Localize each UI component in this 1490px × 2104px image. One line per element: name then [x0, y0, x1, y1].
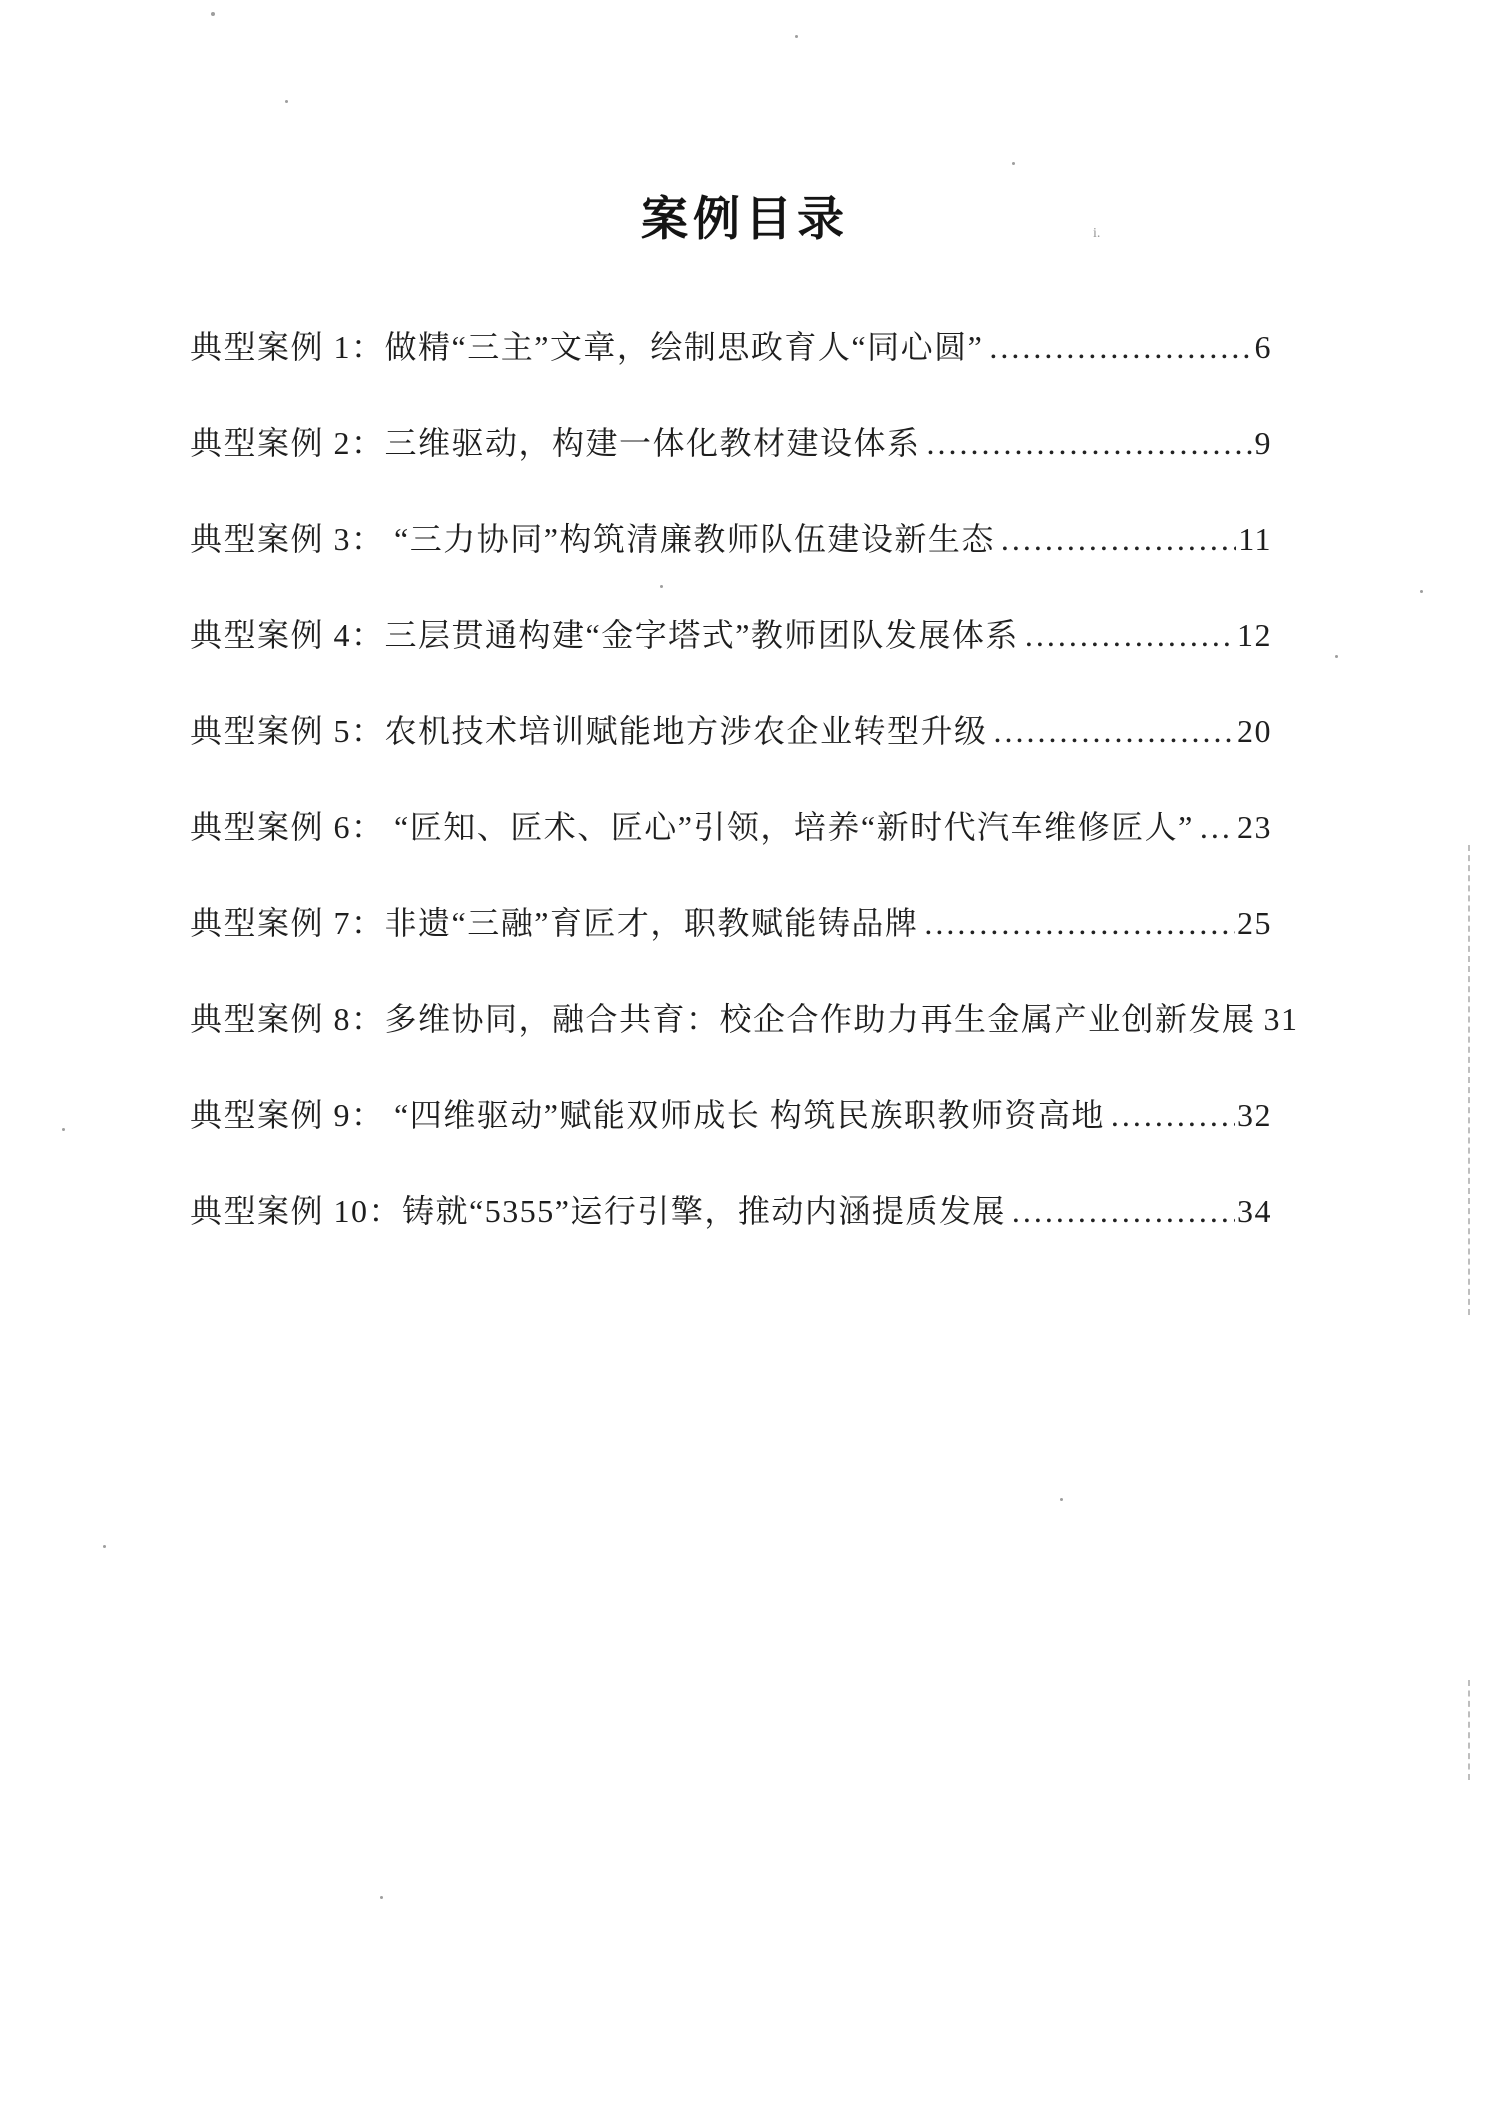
scan-speckle	[1335, 655, 1338, 658]
toc-leader-dots: ........................................…	[1001, 521, 1236, 558]
scan-speckle	[1012, 162, 1015, 165]
toc-entry-label: 典型案例 10：铸就“5355”运行引擎，推动内涵提质发展	[190, 1186, 1006, 1232]
toc-row: 典型案例 2：三维驱动，构建一体化教材建设体系 ................…	[190, 418, 1272, 464]
toc-leader-dots: ........................................…	[989, 329, 1252, 366]
scan-speckle	[103, 1545, 106, 1548]
toc-entry-label: 典型案例 4：三层贯通构建“金字塔式”教师团队发展体系	[190, 610, 1019, 656]
toc-list: 典型案例 1：做精“三主”文章，绘制思政育人“同心圆” ............…	[190, 322, 1272, 1232]
toc-entry-label: 典型案例 2：三维驱动，构建一体化教材建设体系	[190, 418, 921, 464]
toc-leader-dots: ........................................…	[1200, 809, 1235, 846]
scan-speckle	[795, 35, 798, 38]
scan-artifact-mark: i.	[1093, 226, 1100, 242]
scan-speckle	[380, 1896, 383, 1899]
toc-row: 典型案例 1：做精“三主”文章，绘制思政育人“同心圆” ............…	[190, 322, 1272, 368]
toc-row: 典型案例 5：农机技术培训赋能地方涉农企业转型升级 ..............…	[190, 706, 1272, 752]
toc-page-number: 34	[1237, 1193, 1272, 1230]
toc-leader-dots: ........................................…	[1111, 1097, 1235, 1134]
toc-row: 典型案例 7：非遗“三融”育匠才，职教赋能铸品牌 ...............…	[190, 898, 1272, 944]
toc-page-number: 6	[1255, 329, 1273, 366]
document-page: 案例目录 典型案例 1：做精“三主”文章，绘制思政育人“同心圆” .......…	[0, 0, 1490, 2104]
toc-page-number: 25	[1237, 905, 1272, 942]
toc-leader-dots: ........................................…	[927, 425, 1253, 462]
toc-row: 典型案例 3： “三力协同”构筑清廉教师队伍建设新生态 ............…	[190, 514, 1272, 560]
scan-speckle	[1420, 590, 1423, 593]
toc-leader-dots: ........................................…	[994, 713, 1235, 750]
toc-leader-dots: ........................................…	[924, 905, 1235, 942]
toc-page-number: 12	[1237, 617, 1272, 654]
scan-speckle	[62, 1128, 65, 1131]
toc-leader-dots: ........................................…	[1012, 1193, 1235, 1230]
toc-entry-label: 典型案例 6： “匠知、匠术、匠心”引领，培养“新时代汽车维修匠人”	[190, 802, 1194, 848]
toc-page-number: 31	[1264, 1001, 1299, 1038]
scan-speckle	[211, 12, 215, 16]
scan-artifact-line	[1468, 845, 1470, 1315]
toc-entry-label: 典型案例 1：做精“三主”文章，绘制思政育人“同心圆”	[190, 322, 983, 368]
toc-page-number: 11	[1238, 521, 1272, 558]
scan-artifact-line	[1468, 1680, 1470, 1780]
toc-page-number: 20	[1237, 713, 1272, 750]
scan-speckle	[660, 585, 663, 588]
toc-row: 典型案例 9： “四维驱动”赋能双师成长 构筑民族职教师资高地 ........…	[190, 1090, 1272, 1136]
toc-row: 典型案例 10：铸就“5355”运行引擎，推动内涵提质发展 ..........…	[190, 1186, 1272, 1232]
toc-row: 典型案例 6： “匠知、匠术、匠心”引领，培养“新时代汽车维修匠人” .....…	[190, 802, 1272, 848]
toc-page-number: 23	[1237, 809, 1272, 846]
toc-entry-label: 典型案例 3： “三力协同”构筑清廉教师队伍建设新生态	[190, 514, 995, 560]
scan-speckle	[285, 100, 288, 103]
toc-entry-label: 典型案例 8：多维协同，融合共育：校企合作助力再生金属产业创新发展	[190, 994, 1256, 1040]
toc-entry-label: 典型案例 7：非遗“三融”育匠才，职教赋能铸品牌	[190, 898, 918, 944]
toc-row: 典型案例 8：多维协同，融合共育：校企合作助力再生金属产业创新发展 ......…	[190, 994, 1272, 1040]
toc-entry-label: 典型案例 5：农机技术培训赋能地方涉农企业转型升级	[190, 706, 988, 752]
toc-entry-label: 典型案例 9： “四维驱动”赋能双师成长 构筑民族职教师资高地	[190, 1090, 1105, 1136]
toc-page-number: 9	[1255, 425, 1273, 462]
toc-leader-dots: ........................................…	[1025, 617, 1235, 654]
toc-row: 典型案例 4：三层贯通构建“金字塔式”教师团队发展体系 ............…	[190, 610, 1272, 656]
page-title: 案例目录	[0, 182, 1490, 249]
toc-page-number: 32	[1237, 1097, 1272, 1134]
scan-speckle	[1060, 1498, 1063, 1501]
